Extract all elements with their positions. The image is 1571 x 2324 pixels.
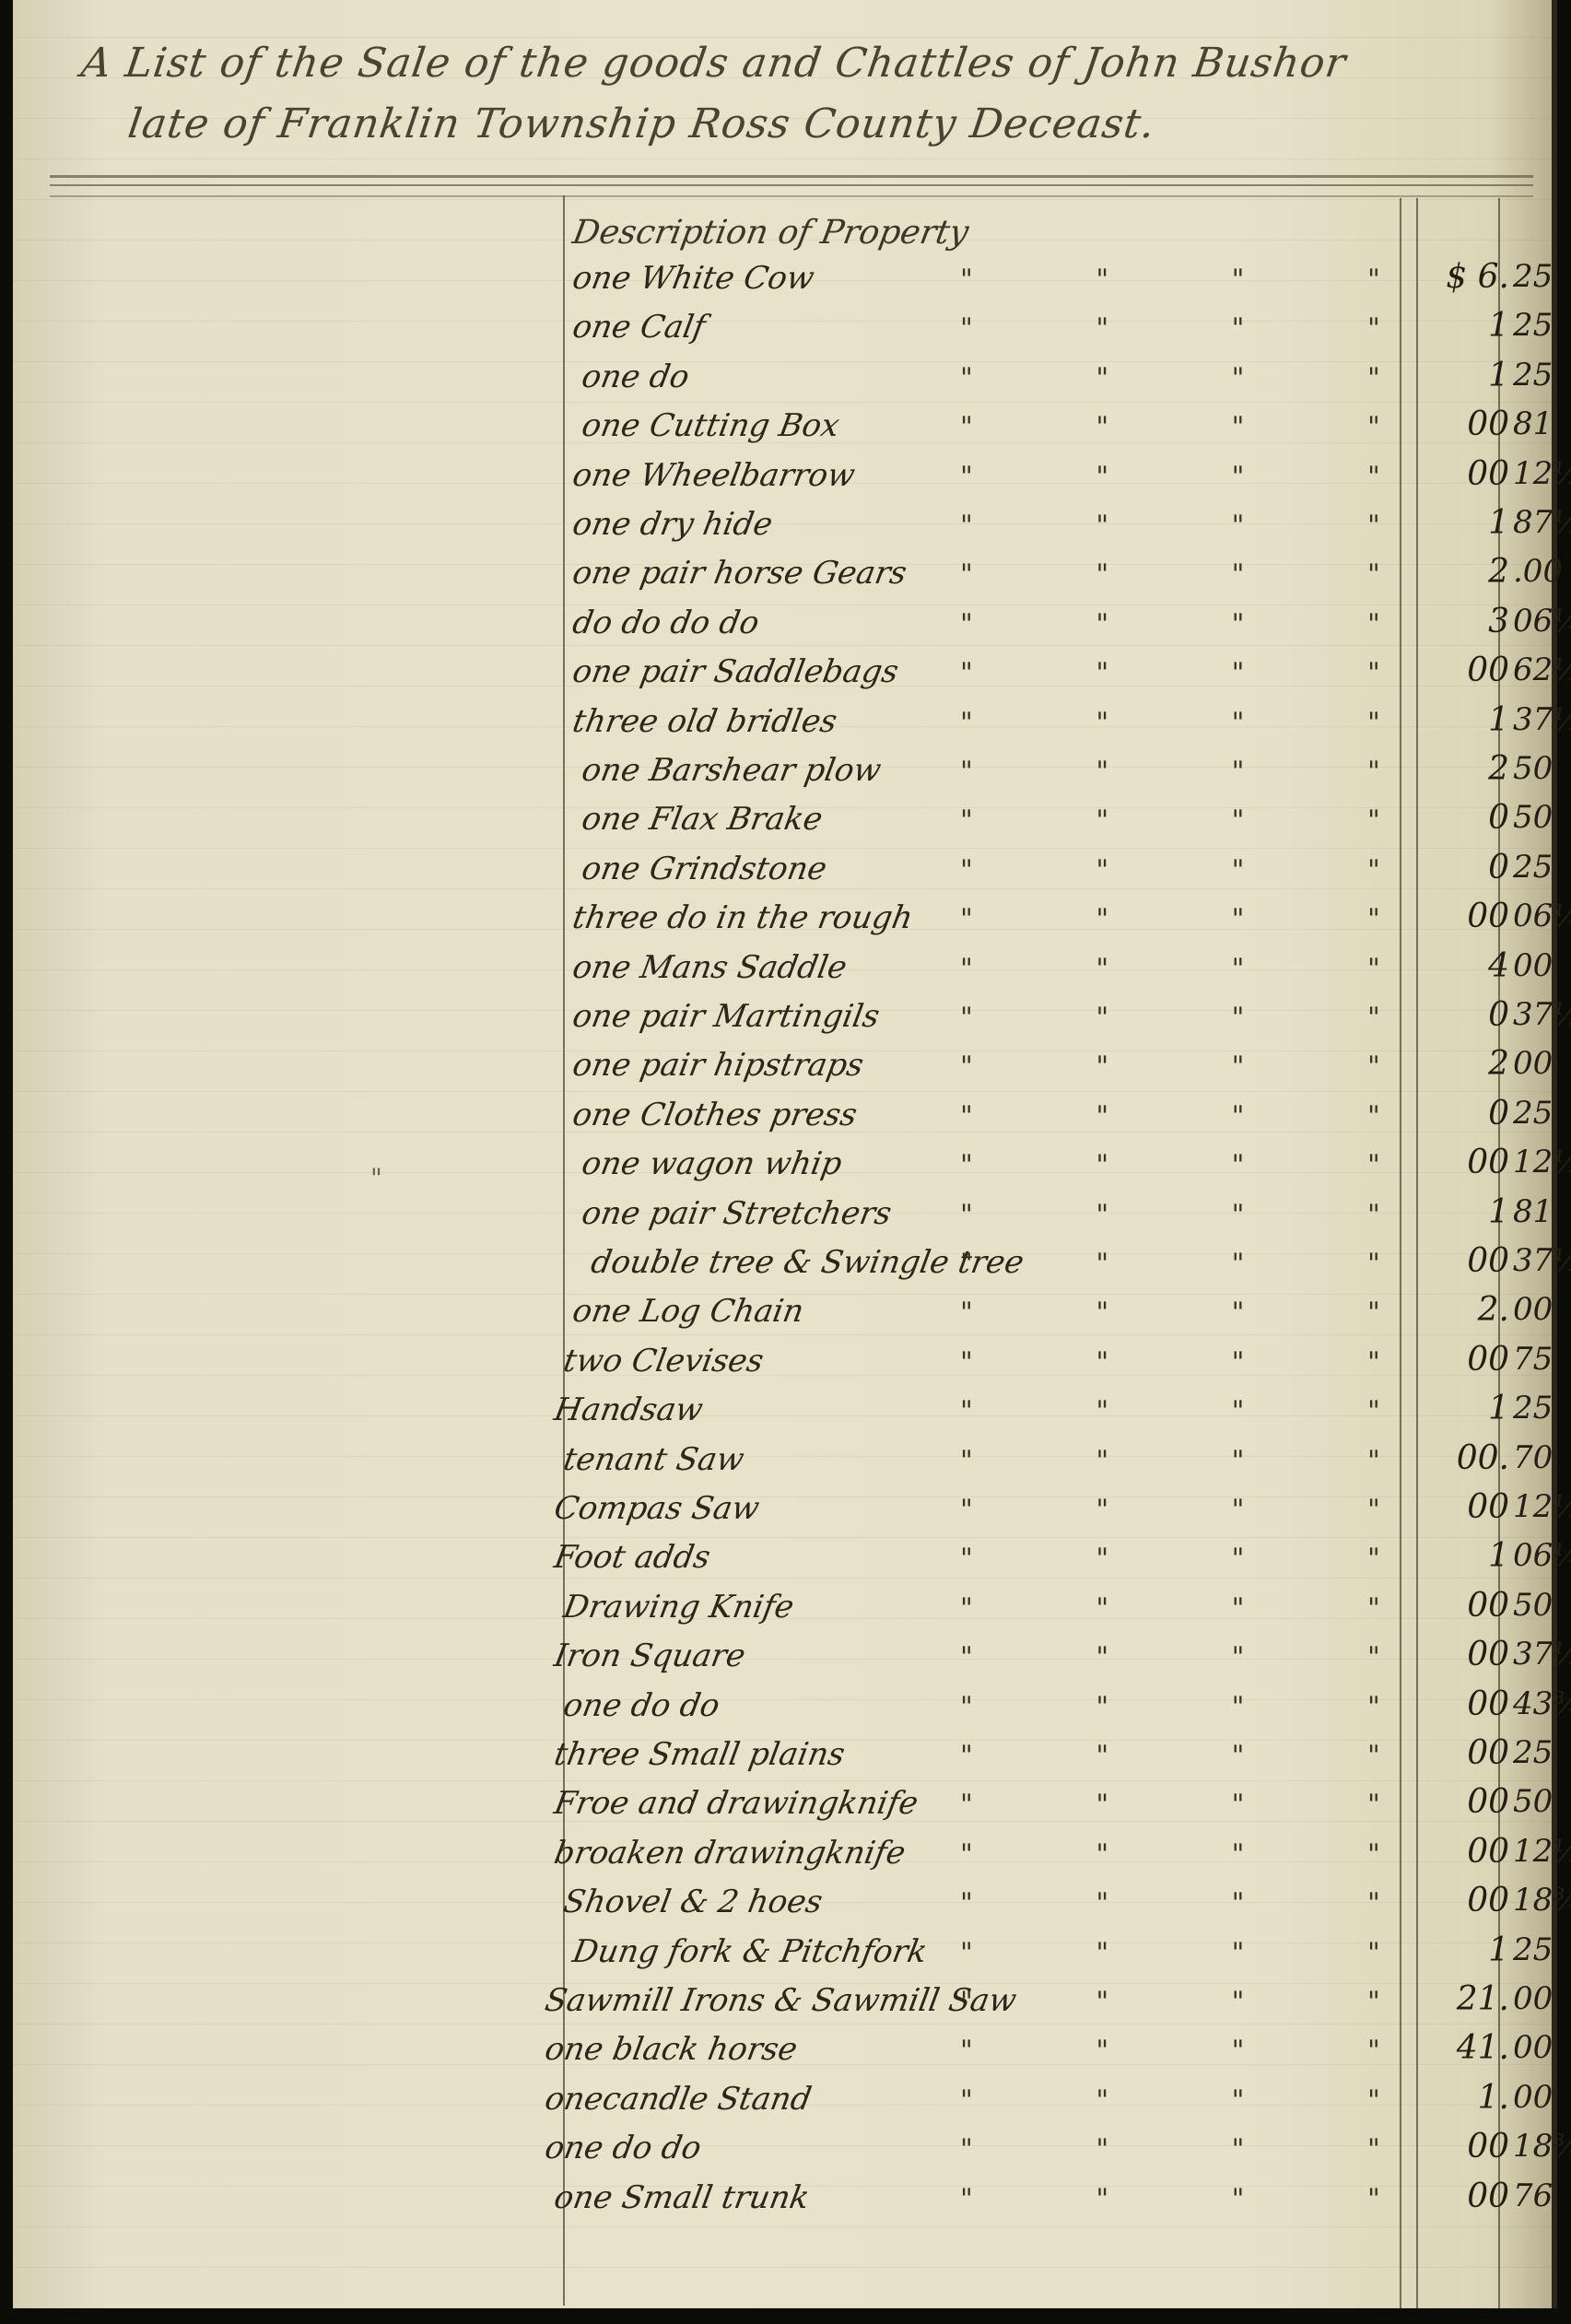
ditto-marks: " " " " "	[960, 1100, 1476, 1133]
item-dollars: 2	[1408, 750, 1509, 788]
item-description: one dry hide	[569, 506, 775, 543]
item-description: one do do	[560, 1687, 722, 1724]
ditto-marks: " " " " "	[960, 854, 1476, 886]
item-description: one pair Saddlebags	[569, 653, 901, 690]
list-item: Drawing Knife " " " " " 00 50	[573, 1589, 1552, 1629]
list-item: one Small trunk " " " " " 00 76	[573, 2179, 1552, 2220]
item-description: one Small trunk	[551, 2179, 812, 2216]
ditto-marks: " " " " "	[960, 1050, 1476, 1083]
item-description: one Clothes press	[569, 1097, 860, 1133]
item-dollars: 00	[1408, 1882, 1509, 1919]
list-item: Compas Saw " " " " " 00 12½	[573, 1490, 1552, 1531]
list-item: Foot adds " " " " " 1 06¼	[573, 1539, 1552, 1579]
item-dollars: 1	[1408, 1193, 1509, 1231]
item-dollars: 2	[1408, 1045, 1509, 1083]
ditto-marks: " " " " "	[960, 953, 1476, 985]
list-item: two Clevises " " " " " 00 75	[573, 1343, 1552, 1383]
item-description: one Calf	[569, 309, 708, 346]
list-item: one Flax Brake " " " " " 0 50	[573, 801, 1552, 841]
item-cents: 00	[1513, 2079, 1571, 2116]
ditto-marks: " " " " "	[960, 1445, 1476, 1477]
ditto-marks: " " " " "	[960, 1986, 1476, 2018]
item-cents: 50	[1513, 1587, 1571, 1624]
item-cents: 00	[1513, 1045, 1571, 1082]
ditto-marks: " " " " "	[960, 2035, 1476, 2067]
list-item: onecandle Stand " " " " " 1. 00	[573, 2081, 1552, 2121]
ditto-marks: " " " " "	[960, 1002, 1476, 1034]
item-cents: 06¼	[1513, 898, 1571, 934]
list-item: one pair hipstraps " " " " " 2 00	[573, 1047, 1552, 1087]
item-description: onecandle Stand	[542, 2081, 814, 2118]
item-dollars: 00	[1408, 455, 1509, 493]
item-description: one Flax Brake	[579, 801, 825, 838]
ditto-marks: " " " " "	[960, 2183, 1476, 2215]
ditto-marks: " " " " "	[960, 1248, 1476, 1280]
ditto-marks: " " " " "	[960, 1395, 1476, 1427]
item-dollars: 00	[1408, 2128, 1509, 2166]
item-dollars: 0	[1408, 849, 1509, 886]
item-description: one black horse	[542, 2031, 800, 2068]
header-rule-bottom	[50, 195, 1533, 197]
ditto-marks: " " " " "	[960, 1641, 1476, 1673]
ditto-marks: " " " " "	[960, 1543, 1476, 1575]
item-description: two Clevises	[560, 1343, 766, 1379]
item-description: Foot adds	[551, 1539, 712, 1576]
item-cents: 37½	[1513, 1636, 1571, 1673]
item-description: Compas Saw	[551, 1490, 762, 1527]
item-cents: 37½	[1513, 996, 1571, 1033]
list-item: one Calf " " " " " 1 25	[573, 309, 1552, 349]
item-cents: 06¼	[1513, 1537, 1571, 1574]
item-dollars: 00	[1408, 1783, 1509, 1821]
ditto-marks: " " " " "	[960, 903, 1476, 935]
item-dollars: 00	[1408, 1636, 1509, 1673]
list-item: one pair Saddlebags " " " " " 00 62½	[573, 653, 1552, 694]
list-item: one do do " " " " " 00 43¾	[573, 1687, 1552, 1728]
item-dollars: $ 6.	[1408, 258, 1509, 296]
item-dollars: 00	[1408, 2177, 1509, 2215]
list-item: tenant Saw " " " " " 00. 70	[573, 1441, 1552, 1482]
list-item: one pair Martingils " " " " " 0 37½	[573, 998, 1552, 1039]
item-dollars: 41.	[1408, 2029, 1509, 2067]
item-description: do do do do	[569, 604, 761, 641]
item-cents: 00	[1513, 1980, 1571, 2017]
item-description: one pair hipstraps	[569, 1047, 866, 1084]
item-description: one wagon whip	[579, 1145, 844, 1182]
item-description: one Barshear plow	[579, 752, 884, 789]
item-dollars: 0	[1408, 799, 1509, 837]
ditto-marks: " " " " "	[960, 1592, 1476, 1625]
item-dollars: 00	[1408, 651, 1509, 689]
ditto-marks: " " " " "	[960, 804, 1476, 837]
item-description: one White Cow	[569, 260, 816, 297]
ditto-marks: " " " " "	[960, 1789, 1476, 1821]
item-cents: 87½	[1513, 504, 1571, 541]
header-rule-top	[50, 175, 1533, 178]
item-cents: 50	[1513, 1783, 1571, 1820]
list-item: Handsaw " " " " " 1 25	[573, 1391, 1552, 1432]
item-cents: 25	[1513, 1095, 1571, 1132]
ditto-marks: " " " " "	[960, 362, 1476, 394]
list-item: three do in the rough " " " " " 00 06¼	[573, 899, 1552, 940]
item-dollars: 4	[1408, 947, 1509, 985]
item-dollars: 21.	[1408, 1980, 1509, 2018]
item-cents: 70	[1513, 1439, 1571, 1476]
item-description: one Grindstone	[579, 851, 829, 887]
item-description: Dung fork & Pitchfork	[569, 1933, 930, 1970]
column-header-row: Description of Property	[573, 214, 1552, 254]
item-cents: 76	[1513, 2177, 1571, 2214]
ditto-marks: " " " " "	[960, 1297, 1476, 1329]
item-description: one do do	[542, 2130, 704, 2166]
item-cents: 81	[1513, 405, 1571, 442]
item-description: one Cutting Box	[579, 407, 842, 444]
list-item: one Wheelbarrow " " " " " 00 12½	[573, 457, 1552, 498]
ditto-marks: " " " " "	[960, 608, 1476, 640]
item-dollars: 00	[1408, 898, 1509, 935]
item-description: one do	[579, 358, 692, 395]
item-cents: 25	[1513, 1734, 1571, 1771]
ditto-marks: " " " " "	[960, 1199, 1476, 1231]
item-cents: 25	[1513, 849, 1571, 886]
item-cents: 62½	[1513, 651, 1571, 688]
item-cents: 12½	[1513, 1833, 1571, 1870]
item-cents: 06¼	[1513, 603, 1571, 640]
item-description: Handsaw	[551, 1391, 705, 1428]
ditto-marks: " " " " "	[960, 1149, 1476, 1181]
list-item: three old bridles " " " " " 1 37½	[573, 703, 1552, 744]
item-description: tenant Saw	[560, 1441, 746, 1478]
item-cents: 43¾	[1513, 1685, 1571, 1722]
item-description: Iron Square	[551, 1637, 748, 1674]
list-item: one wagon whip " " " " " 00 12½	[573, 1145, 1552, 1186]
item-dollars: 00	[1408, 1587, 1509, 1625]
list-item: Froe and drawingknife " " " " " 00 50	[573, 1785, 1552, 1825]
list-item: one dry hide " " " " " 1 87½	[573, 506, 1552, 546]
item-description: one Mans Saddle	[569, 949, 850, 986]
item-dollars: 2.	[1408, 1291, 1509, 1329]
item-dollars: 00.	[1408, 1439, 1509, 1477]
list-item: one Log Chain " " " " " 2. 00	[573, 1293, 1552, 1333]
document-title: A List of the Sale of the goods and Chat…	[69, 33, 1561, 155]
item-cents: 18¾	[1513, 2128, 1571, 2165]
ditto-marks: " " " " "	[960, 1937, 1476, 1969]
item-dollars: 0	[1408, 996, 1509, 1034]
list-item: one White Cow " " " " " $ 6. 25	[573, 260, 1552, 300]
item-dollars: 00	[1408, 405, 1509, 443]
list-item: Dung fork & Pitchfork " " " " " 1 25	[573, 1933, 1552, 1974]
ditto-marks: " " " " "	[960, 2133, 1476, 2166]
item-cents: 50	[1513, 799, 1571, 836]
list-item: one Barshear plow " " " " " 2 50	[573, 752, 1552, 792]
ditto-marks: " " " " "	[960, 411, 1476, 443]
ditto-marks: " " " " "	[960, 1887, 1476, 1919]
item-description: Froe and drawingknife	[551, 1785, 920, 1822]
list-item: one Mans Saddle " " " " " 4 00	[573, 949, 1552, 990]
item-description: three do in the rough	[569, 899, 915, 936]
item-dollars: 1	[1408, 1390, 1509, 1427]
item-dollars: 3	[1408, 603, 1509, 640]
item-dollars: 00	[1408, 1488, 1509, 1526]
ditto-marks: " " " " "	[960, 756, 1476, 788]
item-dollars: 1.	[1408, 2079, 1509, 2117]
item-cents: 37½	[1513, 1242, 1571, 1279]
ditto-marks: " " " " "	[960, 264, 1476, 296]
ditto-marks: " " " " "	[960, 707, 1476, 739]
ditto-marks: " " " " "	[960, 1740, 1476, 1772]
list-item: one do do " " " " " 00 18¾	[573, 2130, 1552, 2170]
item-description: one pair Stretchers	[579, 1195, 894, 1232]
title-line-2: late of Franklin Township Ross County De…	[69, 94, 1552, 155]
list-item: one pair Stretchers " " " " " 1 81	[573, 1195, 1552, 1236]
margin-ditto-mark: "	[370, 1163, 382, 1193]
item-cents: 00	[1513, 1291, 1571, 1328]
item-description: three Small plains	[551, 1736, 847, 1773]
item-cents: 18¾	[1513, 1882, 1571, 1919]
item-dollars: 00	[1408, 1242, 1509, 1280]
item-cents: 25	[1513, 1390, 1571, 1426]
item-cents: 25	[1513, 258, 1571, 295]
ditto-marks: " " " " "	[960, 461, 1476, 493]
item-dollars: 1	[1408, 307, 1509, 345]
ditto-marks: " " " " "	[960, 558, 1476, 591]
item-cents: 12½	[1513, 1144, 1571, 1180]
item-dollars: 00	[1408, 1144, 1509, 1181]
item-cents: 00	[1513, 947, 1571, 984]
list-item: one Cutting Box " " " " " 00 81	[573, 407, 1552, 448]
item-cents: 25	[1513, 307, 1571, 344]
item-dollars: 1	[1408, 504, 1509, 542]
list-item: one pair horse Gears " " " " " 2 .00	[573, 555, 1552, 595]
item-cents: 50	[1513, 750, 1571, 787]
list-item: Iron Square " " " " " 00 37½	[573, 1637, 1552, 1678]
list-item: broaken drawingknife " " " " " 00 12½	[573, 1835, 1552, 1875]
item-dollars: 00	[1408, 1734, 1509, 1772]
item-cents: 00	[1513, 2029, 1571, 2066]
list-item: one do " " " " " 1 25	[573, 358, 1552, 399]
item-cents: 75	[1513, 1341, 1571, 1378]
list-item: three Small plains " " " " " 00 25	[573, 1736, 1552, 1777]
item-dollars: 2	[1408, 553, 1509, 591]
item-dollars: 1	[1408, 1931, 1509, 1969]
item-description: one pair horse Gears	[569, 555, 909, 592]
ditto-marks: " " " " "	[960, 1346, 1476, 1379]
ditto-marks: " " " " "	[960, 1494, 1476, 1526]
item-cents: 25	[1513, 357, 1571, 393]
list-item: one Clothes press " " " " " 0 25	[573, 1097, 1552, 1137]
item-description: one pair Martingils	[569, 998, 882, 1035]
ditto-marks: " " " " "	[960, 657, 1476, 689]
header-rule-middle	[50, 184, 1533, 186]
item-dollars: 1	[1408, 1537, 1509, 1575]
item-dollars: 00	[1408, 1685, 1509, 1723]
list-item: double tree & Swingle tree " " " " " 00 …	[573, 1244, 1552, 1285]
item-cents: .00	[1513, 553, 1571, 590]
item-description: one Log Chain	[569, 1293, 806, 1330]
item-cents: 25	[1513, 1931, 1571, 1968]
item-description: Drawing Knife	[560, 1589, 796, 1626]
item-dollars: 0	[1408, 1095, 1509, 1133]
item-cents: 81	[1513, 1193, 1571, 1230]
ditto-marks: " " " " "	[960, 2084, 1476, 2117]
item-cents: 37½	[1513, 701, 1571, 738]
item-description: Shovel & 2 hoes	[560, 1884, 825, 1920]
item-description: one Wheelbarrow	[569, 457, 857, 494]
item-description: broaken drawingknife	[551, 1835, 908, 1872]
item-description: Sawmill Irons & Sawmill Saw	[542, 1982, 1019, 2019]
item-dollars: 00	[1408, 1341, 1509, 1379]
item-cents: 12½	[1513, 1488, 1571, 1525]
description-header: Description of Property	[569, 214, 971, 252]
ditto-marks: " " " " "	[960, 510, 1476, 542]
item-cents: 12½	[1513, 455, 1571, 492]
list-item: do do do do " " " " " 3 06¼	[573, 604, 1552, 645]
ditto-marks: " " " " "	[960, 1691, 1476, 1723]
title-line-1: A List of the Sale of the goods and Chat…	[77, 33, 1560, 94]
ditto-marks: " " " " "	[960, 312, 1476, 345]
list-item: one black horse " " " " " 41. 00	[573, 2031, 1552, 2072]
ditto-marks: " " " " "	[960, 1838, 1476, 1871]
list-item: Sawmill Irons & Sawmill Saw " " " " " 21…	[573, 1982, 1552, 2023]
list-item: one Grindstone " " " " " 0 25	[573, 851, 1552, 891]
item-dollars: 00	[1408, 1833, 1509, 1871]
item-dollars: 1	[1408, 701, 1509, 739]
list-item: Shovel & 2 hoes " " " " " 00 18¾	[573, 1884, 1552, 1924]
ledger-page: A List of the Sale of the goods and Chat…	[13, 0, 1557, 2308]
item-description: three old bridles	[569, 703, 839, 740]
item-dollars: 1	[1408, 357, 1509, 394]
